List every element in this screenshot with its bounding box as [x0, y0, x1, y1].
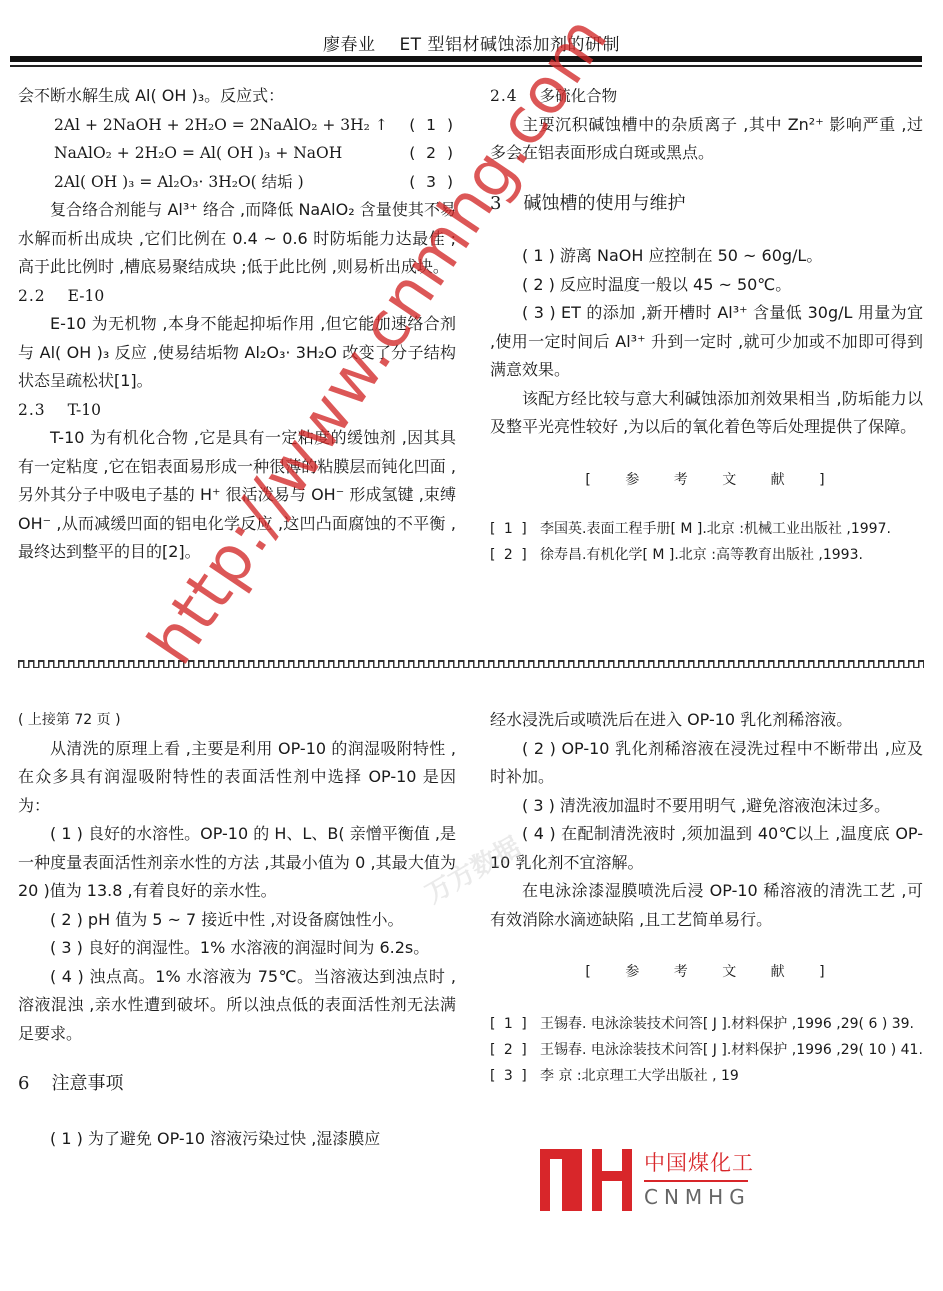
- reference-item: [ 1 ]李国英.表面工程手册[ M ].北京 :机械工业出版社 ,1997.: [490, 516, 923, 542]
- logo-mark-icon: [540, 1149, 632, 1211]
- references-heading: [ 参 考 文 献 ]: [490, 958, 923, 987]
- section-heading-3: 3碱蚀槽的使用与维护: [490, 190, 923, 219]
- logo-chinese-text: 中国煤化工: [644, 1147, 754, 1177]
- section-heading-6: 6注意事项: [18, 1070, 456, 1099]
- equation-1: 2Al + 2NaOH + 2H₂O = 2NaAlO₂ + 3H₂ ↑ ( 1…: [18, 111, 456, 140]
- list-item: ( 3 ) ET 的添加 ,新开槽时 Al³⁺ 含量低 30g/L 用量为宜 ,…: [490, 299, 923, 385]
- continued-note: ( 上接第 72 页 ): [18, 706, 456, 735]
- equation-2: NaAlO₂ + 2H₂O = Al( OH )₃ + NaOH ( 2 ): [18, 139, 456, 168]
- list-item: ( 1 ) 良好的水溶性。OP-10 的 H、L、B( 亲憎平衡值 ,是一种度量…: [18, 820, 456, 906]
- list-item: ( 4 ) 浊点高。1% 水溶液为 75℃。当溶液达到浊点时 ,溶液混浊 ,亲水…: [18, 963, 456, 1049]
- article-divider: [18, 660, 924, 668]
- reference-item: [ 2 ]徐寿昌.有机化学[ M ].北京 :高等教育出版社 ,1993.: [490, 542, 923, 568]
- lower-right-column: 经水浸洗后或喷洗后在进入 OP-10 乳化剂稀溶液。 ( 2 ) OP-10 乳…: [490, 706, 923, 1089]
- lower-left-column: ( 上接第 72 页 ) 从清洗的原理上看 ,主要是利用 OP-10 的润湿吸附…: [18, 706, 456, 1153]
- list-item: ( 3 ) 良好的润湿性。1% 水溶液的润湿时间为 6.2s。: [18, 934, 456, 963]
- reference-item: [ 2 ]王锡春. 电泳涂装技术问答[ J ].材料保护 ,1996 ,29( …: [490, 1037, 923, 1063]
- reference-item: [ 1 ]王锡春. 电泳涂装技术问答[ J ].材料保护 ,1996 ,29( …: [490, 1011, 923, 1037]
- upper-right-column: 2.4多硫化合物 主要沉积碱蚀槽中的杂质离子 ,其中 Zn²⁺ 影响严重 ,过多…: [490, 82, 923, 568]
- list-item: ( 2 ) OP-10 乳化剂稀溶液在浸洗过程中不断带出 ,应及时补加。: [490, 735, 923, 792]
- header-author: 廖春业: [323, 35, 376, 55]
- logo-english-text: CNMHG: [644, 1185, 754, 1209]
- list-item: ( 1 ) 游离 NaOH 应控制在 50 ~ 60g/L。: [490, 242, 923, 271]
- logo-underline: [644, 1180, 748, 1182]
- list-item: ( 3 ) 清洗液加温时不要用明气 ,避免溶液泡沫过多。: [490, 792, 923, 821]
- cnmhg-logo: 中国煤化工 CNMHG: [540, 1145, 790, 1213]
- list-item: ( 4 ) 在配制清洗液时 ,须加温到 40℃以上 ,温度底 OP-10 乳化剂…: [490, 820, 923, 877]
- paragraph: 该配方经比较与意大利碱蚀添加剂效果相当 ,防垢能力以及整平光亮性较好 ,为以后的…: [490, 385, 923, 442]
- intro-text: 会不断水解生成 Al( OH )₃。反应式：: [18, 82, 456, 111]
- reference-item: [ 3 ]李 京 :北京理工大学出版社 , 19: [490, 1063, 923, 1089]
- header-rule-thin: [10, 65, 922, 67]
- list-item: ( 1 ) 为了避免 OP-10 溶液污染过快 ,湿漆膜应: [18, 1125, 456, 1154]
- list-item: ( 2 ) 反应时温度一般以 45 ~ 50℃。: [490, 271, 923, 300]
- references-heading: [ 参 考 文 献 ]: [490, 466, 923, 495]
- paragraph: 经水浸洗后或喷洗后在进入 OP-10 乳化剂稀溶液。: [490, 706, 923, 735]
- section-heading-2-3: 2.3T-10: [18, 396, 456, 425]
- paragraph: 从清洗的原理上看 ,主要是利用 OP-10 的润湿吸附特性 ,在众多具有润湿吸附…: [18, 735, 456, 821]
- paragraph: 在电泳涂漆湿膜喷洗后浸 OP-10 稀溶液的清洗工艺 ,可有效消除水滴迹缺陷 ,…: [490, 877, 923, 934]
- header-rule-thick: [10, 56, 922, 62]
- list-item: ( 2 ) pH 值为 5 ~ 7 接近中性 ,对设备腐蚀性小。: [18, 906, 456, 935]
- running-header: 廖春业 ET 型铝材碱蚀添加剂的研制: [0, 30, 943, 55]
- equation-3: 2Al( OH )₃ = Al₂O₃· 3H₂O( 结垢 ) ( 3 ): [18, 168, 456, 197]
